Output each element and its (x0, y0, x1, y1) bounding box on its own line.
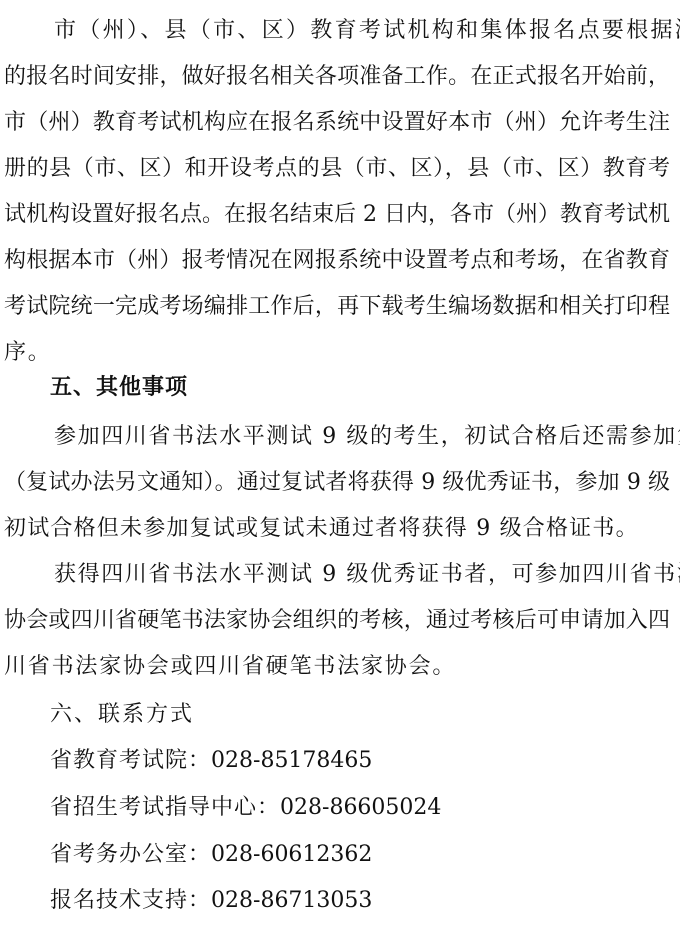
contact-label: 省教育考试院： (50, 748, 211, 773)
text-line: 获得四川省书法水平测试 9 级优秀证书者，可参加四川省书法家 (54, 560, 680, 606)
section-heading-other-matters: 五、其他事项 (50, 373, 188, 419)
contact-phone: 028-86605024 (280, 795, 441, 820)
contact-item: 省招生考试指导中心：028-86605024 (50, 793, 441, 839)
text-line: 市（州）教育考试机构应在报名系统中设置好本市（州）允许考生注 (4, 108, 670, 154)
text-line: 试机构设置好报名点。在报名结束后 2 日内，各市（州）教育考试机 (4, 200, 670, 246)
text-line: 序。 (4, 338, 51, 384)
contact-phone: 028-86713053 (211, 888, 372, 913)
contact-item: 省考务办公室：028-60612362 (50, 840, 372, 886)
contact-phone: 028-60612362 (211, 842, 372, 867)
text-line: 初试合格但未参加复试或复试未通过者将获得 9 级合格证书。 (4, 514, 639, 560)
contact-label: 省招生考试指导中心： (50, 795, 280, 820)
contact-label: 报名技术支持： (50, 888, 211, 913)
text-line: 构根据本市（州）报考情况在网报系统中设置考点和考场，在省教育 (4, 246, 670, 292)
text-line: 市（州）、县（市、区）教育考试机构和集体报名点要根据测试 (54, 16, 680, 62)
text-line: （复试办法另文通知）。通过复试者将获得 9 级优秀证书，参加 9 级 (4, 468, 670, 514)
section-heading-contact-info: 六、联系方式 (50, 700, 194, 746)
text-line: 川省书法家协会或四川省硬笔书法家协会。 (4, 652, 456, 698)
text-line: 协会或四川省硬笔书法家协会组织的考核，通过考核后可申请加入四 (4, 606, 670, 652)
contact-item: 省教育考试院：028-85178465 (50, 746, 372, 792)
contact-item: 报名技术支持：028-86713053 (50, 886, 372, 932)
text-line: 参加四川省书法水平测试 9 级的考生，初试合格后还需参加复试 (54, 422, 680, 468)
contact-phone: 028-85178465 (211, 748, 372, 773)
text-line: 册的县（市、区）和开设考点的县（市、区），县（市、区）教育考 (4, 154, 670, 200)
text-line: 的报名时间安排，做好报名相关各项准备工作。在正式报名开始前， (4, 62, 670, 108)
contact-label: 省考务办公室： (50, 842, 211, 867)
text-line: 考试院统一完成考场编排工作后，再下载考生编场数据和相关打印程 (4, 292, 670, 338)
